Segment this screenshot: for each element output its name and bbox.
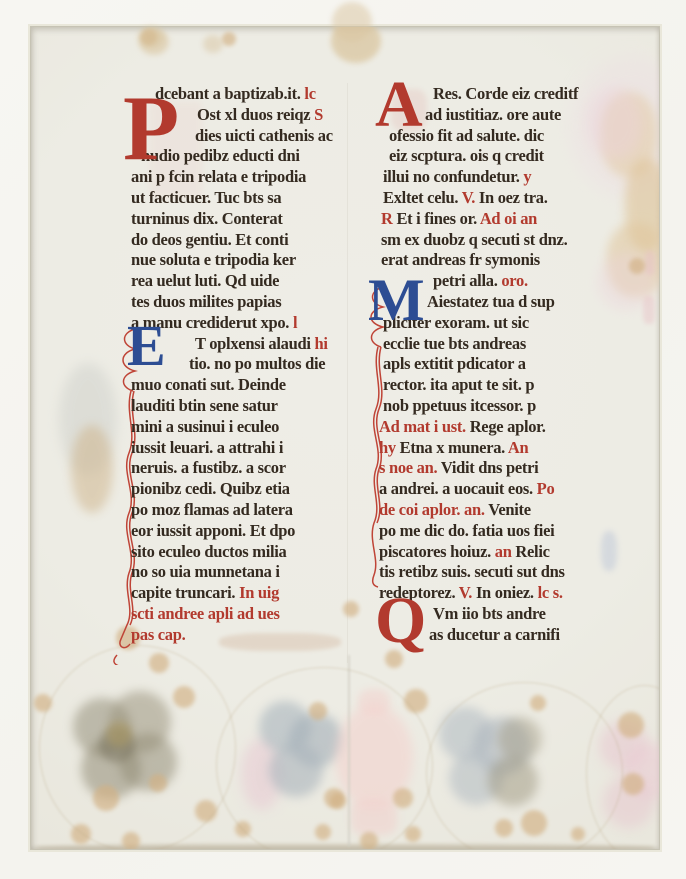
text-line: pas cap. [131, 625, 365, 646]
text-line: po me dic do. fatia uos fiei [377, 521, 643, 542]
showthrough-blob [109, 691, 171, 753]
showthrough-blob [289, 713, 343, 767]
text-line: rea uelut luti. Qd uide [131, 271, 365, 292]
rubric-text: hy [379, 438, 400, 457]
text-line: T oplxensi alaudi hi [131, 334, 365, 355]
body-text: Et i fines or. [396, 209, 479, 228]
text-line: sm ex duobz q secuti st dnz. [377, 230, 643, 251]
text-line: muo conati sut. Deinde [131, 375, 365, 396]
body-text: rea uelut luti. Qd uide [131, 271, 279, 290]
text-line: hy Etna x munera. An [377, 438, 643, 459]
gold-dot [404, 689, 428, 713]
showthrough-blob [99, 727, 135, 763]
gold-dot [235, 821, 251, 837]
showthrough-blob [203, 35, 223, 53]
showthrough-blob [351, 799, 397, 835]
text-line: do deos gentiu. Et conti [131, 230, 365, 251]
rubric-text: de coi aplor. an. [379, 500, 488, 519]
gold-dot [405, 826, 421, 842]
showthrough-blob [358, 689, 390, 715]
showthrough-blob [449, 751, 503, 805]
text-line: a andrei. a uocauit eos. Po [377, 479, 643, 500]
text-line: pionibz cedi. Quibz etia [131, 479, 365, 500]
body-text: In oniez. [476, 583, 538, 602]
penwork-ring [216, 667, 433, 849]
body-text: po me dic do. fatia uos fiei [379, 521, 554, 540]
text-line: R Et i fines or. Ad oi an [377, 209, 643, 230]
body-text: muo conati sut. Deinde [131, 375, 286, 394]
body-text: capite truncari. [131, 583, 239, 602]
showthrough-blob [241, 738, 283, 810]
showthrough-blob [439, 707, 493, 761]
text-line: iussit leuari. a attrahi i [131, 438, 365, 459]
text-column-right: Res. Corde eiz creditfad iustitiaz. ore … [377, 84, 643, 646]
rubric-text: oro. [501, 271, 527, 290]
text-line: turninus dix. Conterat [131, 209, 365, 230]
body-text: as ducetur a carnifi [429, 625, 560, 644]
gold-dot [622, 773, 644, 795]
text-line: piscatores hoiuz. an Relic [377, 542, 643, 563]
body-text: turninus dix. Conterat [131, 209, 283, 228]
decorated-initial-A: A [375, 79, 423, 130]
body-text: rector. ita aput te sit. p [383, 375, 534, 394]
rubric-text: An [508, 438, 529, 457]
gold-dot [393, 788, 413, 808]
parchment-leaf: dcebant a baptizab.it. lcOst xl duos rei… [31, 27, 659, 849]
text-line: lauditi btin sene satur [131, 396, 365, 417]
text-line: tio. no po multos die [131, 354, 365, 375]
showthrough-blob [645, 251, 655, 275]
rubric-text: an [495, 542, 516, 561]
showthrough-blob [335, 705, 413, 809]
body-text: a andrei. a uocauit eos. [379, 479, 537, 498]
body-text: piscatores hoiuz. [379, 542, 495, 561]
text-line: nue soluta e tripodia ker [131, 250, 365, 271]
body-text: pionibz cedi. Quibz etia [131, 479, 290, 498]
showthrough-blob [73, 698, 131, 756]
decorated-initial-M: M [368, 277, 425, 324]
body-text: dies uicti cathenis ac [195, 126, 333, 145]
penwork-ring [586, 685, 659, 849]
body-text: tes duos milites papias [131, 292, 281, 311]
body-text: nob ppetuus itcessor. p [383, 396, 536, 415]
body-text: neruis. a fustibz. a scor [131, 458, 286, 477]
text-line: apls extitit pdicator a [377, 354, 643, 375]
gold-dot [149, 774, 167, 792]
text-line: neruis. a fustibz. a scor [131, 458, 365, 479]
rubric-text: scti andree apli ad ues [131, 604, 280, 623]
rubric-text: Ad oi an [480, 209, 537, 228]
text-line: no so uia munnetana i [131, 562, 365, 583]
text-line: s noe an. Vidit dns petri [377, 458, 643, 479]
text-line: scti andree apli ad ues [131, 604, 365, 625]
rubric-text: V. [459, 583, 476, 602]
gold-dot [93, 785, 119, 811]
gold-dot [141, 29, 157, 45]
body-text: Vidit dns petri [441, 458, 539, 477]
rubric-text: In uig [239, 583, 279, 602]
text-line: Exltet celu. V. In oez tra. [377, 188, 643, 209]
body-text: Venite [488, 500, 531, 519]
rubric-text: Po [537, 479, 555, 498]
text-line: sito eculeo ductos milia [131, 542, 365, 563]
showthrough-blob [599, 721, 649, 771]
rubric-text: R [381, 209, 396, 228]
rubric-text: l [293, 313, 297, 332]
showthrough-blob [331, 27, 381, 63]
showthrough-blob [643, 296, 655, 324]
mat-window: dcebant a baptizab.it. lcOst xl duos rei… [30, 26, 660, 850]
body-text: ut facticuer. Tuc bts sa [131, 188, 281, 207]
text-line: eiz scptura. ois q credit [377, 146, 643, 167]
body-text: Rege aplor. [470, 417, 546, 436]
body-text: ad iustitiaz. ore aute [425, 105, 561, 124]
rubric-text: s noe an. [379, 458, 441, 477]
text-line: eor iussit apponi. Et dpo [131, 521, 365, 542]
rubric-text: lc [304, 84, 315, 103]
text-line: mini a susinui i eculeo [131, 417, 365, 438]
showthrough-blob [473, 717, 531, 775]
showthrough-blob [603, 776, 655, 828]
showthrough-blob [106, 721, 132, 747]
showthrough-blob [139, 29, 169, 55]
gold-dot [71, 824, 91, 844]
gold-dot [324, 788, 344, 808]
text-line: nob ppetuus itcessor. p [377, 396, 643, 417]
body-text: sito eculeo ductos milia [131, 542, 287, 561]
text-line: rector. ita aput te sit. p [377, 375, 643, 396]
body-text: T oplxensi alaudi [195, 334, 314, 353]
text-line: ut facticuer. Tuc bts sa [131, 188, 365, 209]
showthrough-blob [119, 733, 177, 791]
body-text: mini a susinui i eculeo [131, 417, 279, 436]
showthrough-blob [269, 743, 323, 797]
decorated-initial-P: P [123, 93, 179, 165]
gold-dot [495, 819, 513, 837]
text-line: tis retibz suis. secuti sut dns [377, 562, 643, 583]
body-text: Exltet celu. [383, 188, 462, 207]
gold-dot [530, 695, 546, 711]
showthrough-blob [348, 655, 350, 847]
penwork-ring [39, 645, 236, 849]
text-line: po moz flamas ad latera [131, 500, 365, 521]
body-text: Ost xl duos reiqz [197, 105, 314, 124]
showthrough-blob [498, 717, 542, 761]
body-text: iussit leuari. a attrahi i [131, 438, 283, 457]
body-text: petri alla. [433, 271, 501, 290]
showthrough-blob [488, 756, 538, 806]
gold-dot [149, 653, 169, 673]
gold-dot [330, 793, 346, 809]
body-text: apls extitit pdicator a [383, 354, 526, 373]
body-text: do deos gentiu. Et conti [131, 230, 288, 249]
showthrough-blob [81, 739, 141, 799]
body-text: nue soluta e tripodia ker [131, 250, 296, 269]
body-text: Vm iio bts andre [433, 604, 546, 623]
body-text: Etna x munera. [400, 438, 508, 457]
body-text: Res. Corde eiz creditf [433, 84, 578, 103]
showthrough-blob [71, 425, 113, 513]
gold-dot [618, 712, 644, 738]
body-text: no so uia munnetana i [131, 562, 280, 581]
gold-dot [34, 694, 52, 712]
body-text: eiz scptura. ois q credit [389, 146, 544, 165]
body-text: eor iussit apponi. Et dpo [131, 521, 295, 540]
gold-dot [195, 800, 217, 822]
text-line: capite truncari. In uig [131, 583, 365, 604]
body-text: sm ex duobz q secuti st dnz. [381, 230, 567, 249]
gold-dot [571, 827, 585, 841]
decorated-initial-E: E [127, 323, 166, 368]
body-text: po moz flamas ad latera [131, 500, 293, 519]
body-text: Relic [515, 542, 549, 561]
showthrough-blob [259, 701, 311, 753]
text-line: a manu crediderut xpo. l [131, 313, 365, 334]
penwork-ring [426, 682, 623, 849]
rubric-text: V. [462, 188, 479, 207]
showthrough-blob [36, 844, 654, 849]
showthrough-blob [623, 743, 659, 799]
body-text: tio. no po multos die [189, 354, 325, 373]
gold-dot [360, 832, 378, 849]
gold-dot [521, 810, 547, 836]
body-text: lauditi btin sene satur [131, 396, 278, 415]
gold-dot [122, 832, 140, 849]
body-text: illui no confundetur. [383, 167, 523, 186]
rubric-text: lc s. [538, 583, 563, 602]
gold-dot [173, 686, 195, 708]
gold-dot [315, 824, 331, 840]
text-line: Ad mat i ust. Rege aplor. [377, 417, 643, 438]
rubric-text: Ad mat i ust. [379, 417, 470, 436]
rubric-text: hi [314, 334, 327, 353]
decorated-initial-Q: Q [375, 595, 426, 646]
gold-dot [222, 32, 236, 46]
rubric-text: pas cap. [131, 625, 185, 644]
text-line: illui no confundetur. y [377, 167, 643, 188]
body-text: In oez tra. [479, 188, 548, 207]
gold-dot [309, 702, 327, 720]
text-line: tes duos milites papias [131, 292, 365, 313]
framed-manuscript-photo: dcebant a baptizab.it. lcOst xl duos rei… [0, 0, 686, 879]
showthrough-blob [59, 363, 117, 475]
body-text: tis retibz suis. secuti sut dns [379, 562, 565, 581]
rubric-text: y [523, 167, 531, 186]
body-text: ecclie tue bts andreas [383, 334, 526, 353]
text-line: ecclie tue bts andreas [377, 334, 643, 355]
text-line: de coi aplor. an. Venite [377, 500, 643, 521]
body-text: Aiestatez tua d sup [427, 292, 555, 311]
rubric-text: S [314, 105, 323, 124]
